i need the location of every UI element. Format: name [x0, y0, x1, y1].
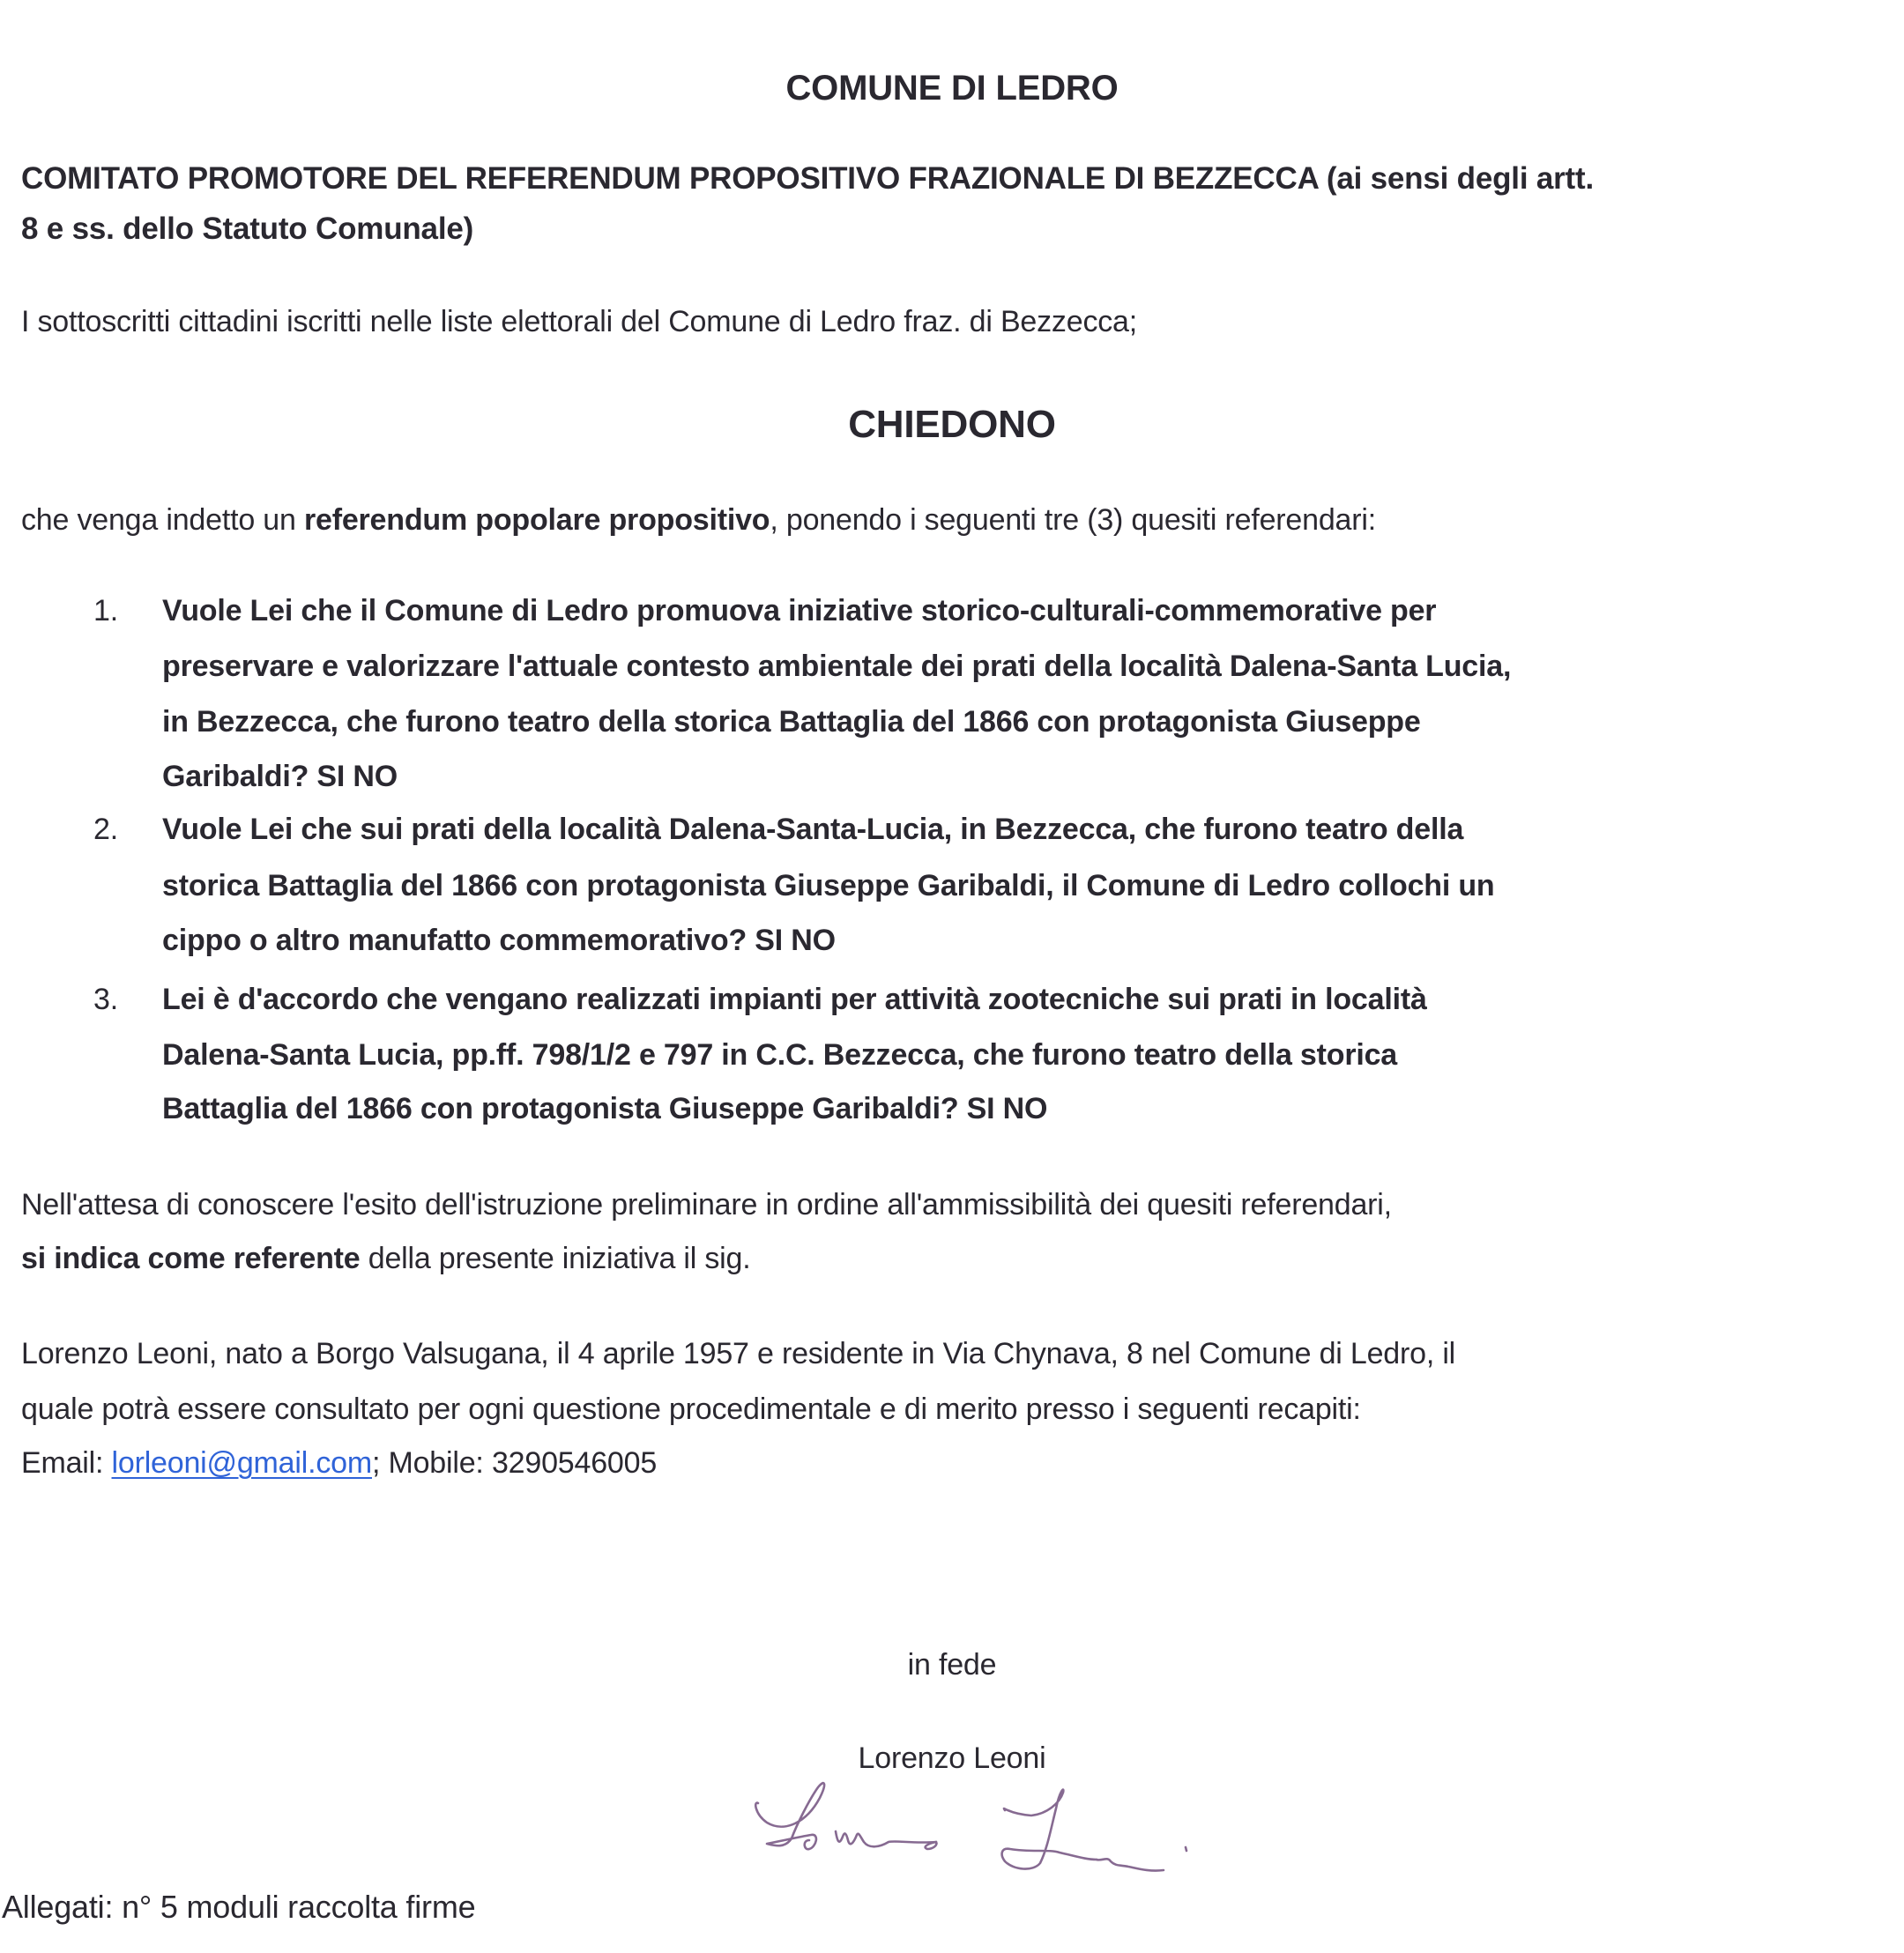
attachments-note: Allegati: n° 5 moduli raccolta firme — [2, 1891, 475, 1923]
question-2-line: storica Battaglia del 1866 con protagoni… — [162, 871, 1494, 901]
request-heading: CHIEDONO — [0, 405, 1904, 444]
request-paragraph: che venga indetto un referendum popolare… — [21, 505, 1376, 535]
question-1-number: 1. — [93, 596, 118, 626]
referent-line1: Nell'attesa di conoscere l'esito dell'is… — [21, 1190, 1392, 1220]
mobile-number: 3290546005 — [492, 1446, 657, 1480]
request-prefix: che venga indetto un — [21, 503, 304, 537]
signature-image — [740, 1778, 1199, 1911]
closing-name: Lorenzo Leoni — [0, 1743, 1904, 1773]
municipality-heading: COMUNE DI LEDRO — [0, 71, 1904, 106]
question-3-line: Dalena-Santa Lucia, pp.ff. 798/1/2 e 797… — [162, 1040, 1397, 1070]
contact-line1: Lorenzo Leoni, nato a Borgo Valsugana, i… — [21, 1339, 1455, 1369]
referent-rest: della presente iniziativa il sig. — [360, 1242, 750, 1275]
email-label: Email: — [21, 1446, 112, 1480]
question-1-line: preservare e valorizzare l'attuale conte… — [162, 651, 1511, 681]
committee-heading-line2: 8 e ss. dello Statuto Comunale) — [21, 213, 473, 244]
request-suffix: , ponendo i seguenti tre (3) quesiti ref… — [770, 503, 1376, 537]
question-1-line: Vuole Lei che il Comune di Ledro promuov… — [162, 596, 1436, 626]
email-link[interactable]: lorleoni@gmail.com — [112, 1446, 372, 1480]
question-3-line: Battaglia del 1866 con protagonista Gius… — [162, 1094, 1047, 1124]
contact-line2: quale potrà essere consultato per ogni q… — [21, 1394, 1361, 1424]
referent-bold: si indica come referente — [21, 1242, 360, 1275]
referent-line2: si indica come referente della presente … — [21, 1244, 750, 1274]
contact-line3: Email: lorleoni@gmail.com; Mobile: 32905… — [21, 1448, 657, 1478]
question-2-line: Vuole Lei che sui prati della località D… — [162, 814, 1463, 844]
question-1-line: in Bezzecca, che furono teatro della sto… — [162, 707, 1421, 737]
request-bold: referendum popolare propositivo — [304, 503, 770, 537]
question-2-number: 2. — [93, 814, 118, 844]
mobile-label: ; Mobile: — [372, 1446, 492, 1480]
question-3-line: Lei è d'accordo che vengano realizzati i… — [162, 984, 1427, 1014]
question-2-line: cippo o altro manufatto commemorativo? S… — [162, 925, 836, 955]
question-1-line: Garibaldi? SI NO — [162, 761, 398, 791]
question-3-number: 3. — [93, 984, 118, 1014]
closing-salutation: in fede — [0, 1650, 1904, 1680]
intro-text: I sottoscritti cittadini iscritti nelle … — [21, 307, 1137, 337]
committee-heading-line1: COMITATO PROMOTORE DEL REFERENDUM PROPOS… — [21, 163, 1594, 194]
